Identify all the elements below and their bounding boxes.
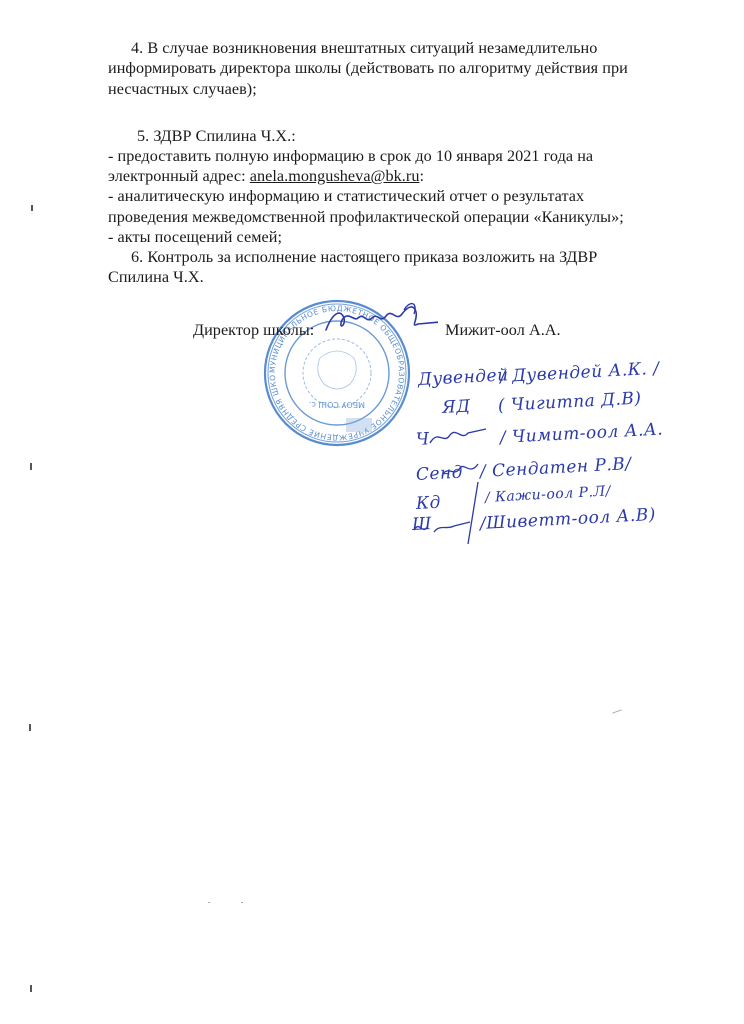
scan-speck <box>208 902 210 903</box>
scan-mark <box>31 205 33 211</box>
ack-name-4: / Сендатен Р.В/ <box>479 454 631 482</box>
paragraph-6-line-2: Спилина Ч.Х. <box>108 268 204 287</box>
email-colon: : <box>419 167 424 185</box>
paragraph-5-heading: 5. ЗДВР Спилина Ч.Х.: <box>137 127 296 146</box>
paragraph-4-line-3: несчастных случаев); <box>108 80 257 99</box>
paragraph-5-email-line: электронный адрес: anela.mongusheva@bk.r… <box>108 167 424 186</box>
director-name: Мижит-оол А.А. <box>445 321 561 340</box>
paragraph-5-line-3: - аналитическую информацию и статистичес… <box>108 187 584 206</box>
paragraph-4-line-1: 4. В случае возникновения внештатных сит… <box>131 39 597 58</box>
scan-speck <box>241 902 243 903</box>
ack-name-1: / Дувендей А.К. / <box>499 359 659 387</box>
paragraph-4-line-2: информировать директора школы (действова… <box>108 59 628 78</box>
ack-scribble-4 <box>440 458 480 482</box>
director-title: Директор школы: <box>193 321 314 340</box>
paragraph-5-line-5: - акты посещений семей; <box>108 228 282 247</box>
ack-signature-1: Дувендей <box>417 365 509 390</box>
ack-signature-2: ЯД <box>441 397 471 418</box>
email-link[interactable]: anela.mongusheva@bk.ru <box>250 167 420 185</box>
ack-scribble-3 <box>428 425 488 449</box>
scan-mark <box>30 985 32 992</box>
director-signature-icon <box>318 300 438 340</box>
scan-speck <box>612 709 622 713</box>
ack-name-6: /Шиветт-оол А.В) <box>479 505 656 534</box>
scanned-document-page: 4. В случае возникновения внештатных сит… <box>0 0 744 1024</box>
ack-name-5: / Кажи-оол Р.Л/ <box>485 483 612 506</box>
scan-mark <box>30 463 32 470</box>
ack-scribble-6 <box>410 480 490 550</box>
email-label: электронный адрес: <box>108 167 250 185</box>
paragraph-5-line-1: - предоставить полную информацию в срок … <box>108 147 593 166</box>
svg-text:МБОУ СОШ с.: МБОУ СОШ с. <box>309 400 365 409</box>
scan-mark <box>29 724 31 731</box>
ack-name-3: / Чимит-оол А.А. <box>499 419 663 448</box>
ack-name-2: ( Чигитпа Д.В) <box>497 388 641 415</box>
paragraph-5-line-4: проведения межведомственной профилактиче… <box>108 208 624 227</box>
paragraph-6-line-1: 6. Контроль за исполнение настоящего при… <box>131 248 597 267</box>
